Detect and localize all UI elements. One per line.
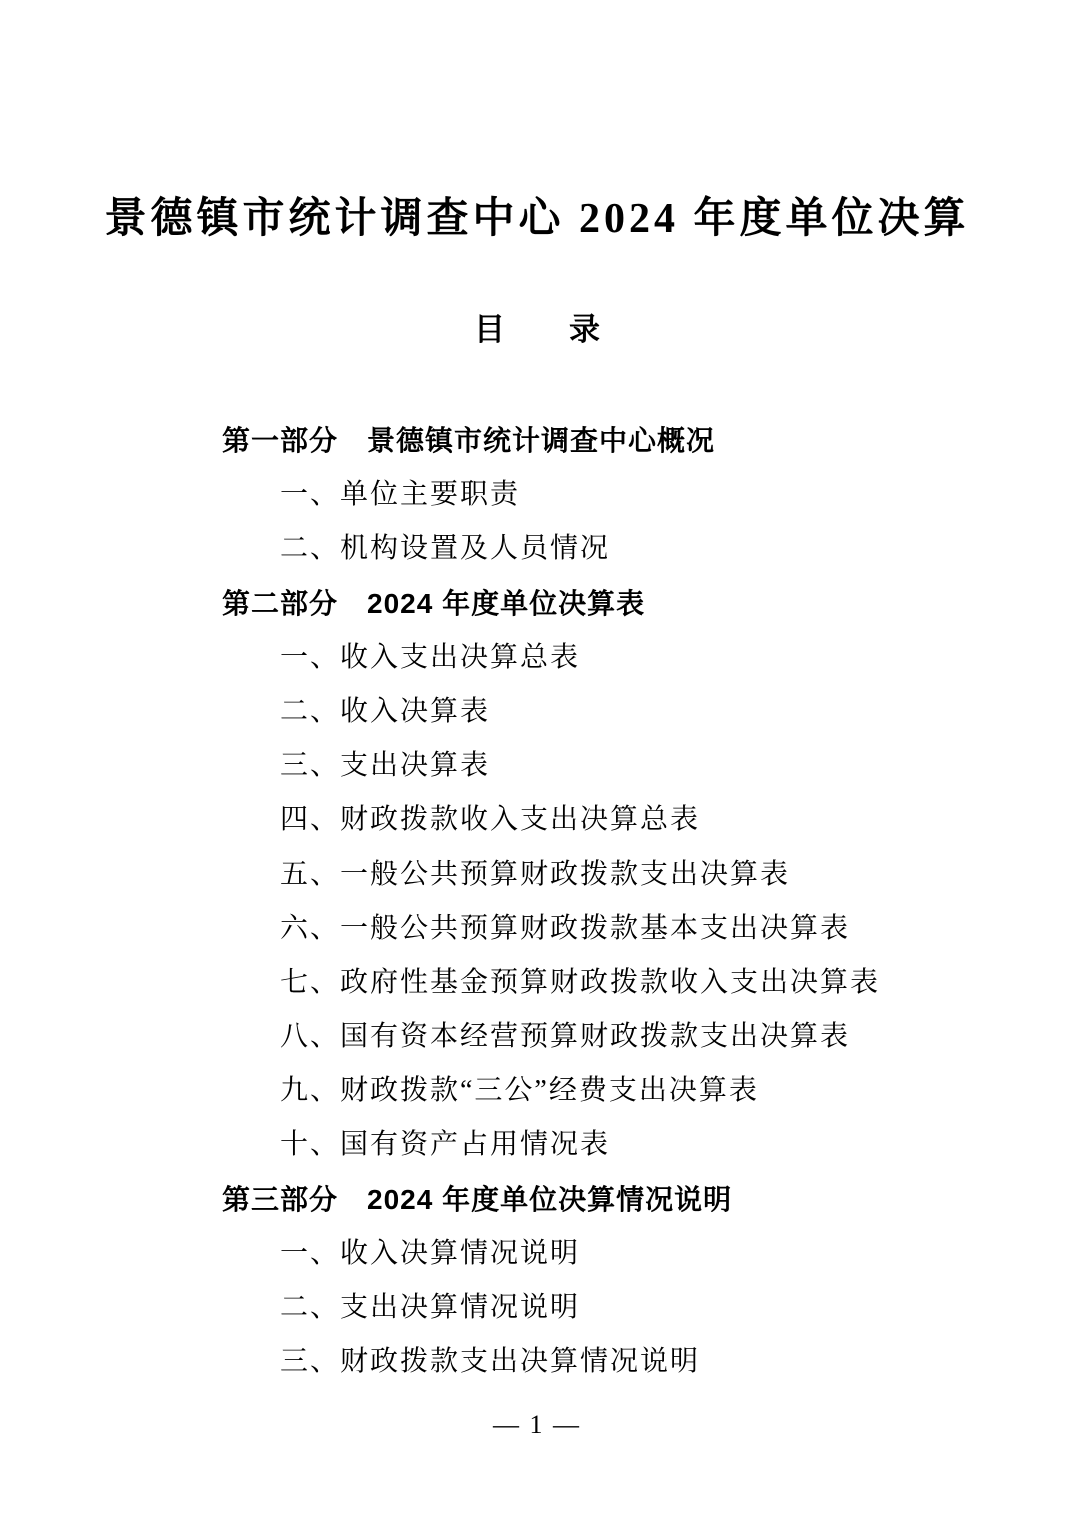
toc-item: 一、收入决算情况说明 bbox=[0, 1237, 1074, 1291]
toc-section-heading: 第一部分 景德镇市统计调查中心概况 bbox=[0, 424, 1074, 478]
toc-entry-text: 二、机构设置及人员情况 bbox=[280, 533, 610, 564]
toc-item: 八、国有资本经营预算财政拨款支出决算表 bbox=[0, 1020, 1074, 1074]
toc-item: 十、国有资产占用情况表 bbox=[0, 1128, 1074, 1182]
toc-entry-text: 第三部分 2024 年度单位决算情况说明 bbox=[222, 1184, 732, 1215]
toc-entry-text: 六、一般公共预算财政拨款基本支出决算表 bbox=[280, 913, 850, 944]
toc-item: 七、政府性基金预算财政拨款收入支出决算表 bbox=[0, 966, 1074, 1020]
page-number: — 1 — bbox=[0, 1410, 1074, 1440]
document-page: 景德镇市统计调查中心 2024 年度单位决算 目 录 第一部分 景德镇市统计调查… bbox=[0, 0, 1074, 1520]
toc-entry-text: 八、国有资本经营预算财政拨款支出决算表 bbox=[280, 1021, 850, 1052]
toc-item: 三、财政拨款支出决算情况说明 bbox=[0, 1345, 1074, 1399]
toc-heading-char-left: 目 bbox=[474, 304, 505, 349]
toc-entry-text: 一、收入决算情况说明 bbox=[280, 1238, 580, 1269]
toc-item: 九、财政拨款“三公”经费支出决算表 bbox=[0, 1074, 1074, 1128]
toc-entry-text: 七、政府性基金预算财政拨款收入支出决算表 bbox=[280, 967, 880, 998]
toc-entry-text: 一、收入支出决算总表 bbox=[280, 642, 580, 673]
toc-item: 五、一般公共预算财政拨款支出决算表 bbox=[0, 858, 1074, 912]
toc-entry-text: 三、支出决算表 bbox=[280, 750, 490, 781]
toc-entry-text: 九、财政拨款“三公”经费支出决算表 bbox=[280, 1075, 759, 1106]
toc-section-heading: 第三部分 2024 年度单位决算情况说明 bbox=[0, 1183, 1074, 1237]
toc-heading: 目 录 bbox=[0, 304, 1074, 349]
document-title: 景德镇市统计调查中心 2024 年度单位决算 bbox=[0, 185, 1074, 245]
toc-item: 二、支出决算情况说明 bbox=[0, 1291, 1074, 1345]
toc-entry-text: 一、单位主要职责 bbox=[280, 479, 520, 510]
toc-item: 六、一般公共预算财政拨款基本支出决算表 bbox=[0, 912, 1074, 966]
toc-list: 第一部分 景德镇市统计调查中心概况 一、单位主要职责 二、机构设置及人员情况 第… bbox=[0, 424, 1074, 1399]
toc-item: 四、财政拨款收入支出决算总表 bbox=[0, 803, 1074, 857]
toc-item: 一、收入支出决算总表 bbox=[0, 641, 1074, 695]
toc-entry-text: 二、支出决算情况说明 bbox=[280, 1292, 580, 1323]
toc-entry-text: 四、财政拨款收入支出决算总表 bbox=[280, 804, 700, 835]
toc-item: 二、收入决算表 bbox=[0, 695, 1074, 749]
toc-section-heading: 第二部分 2024 年度单位决算表 bbox=[0, 587, 1074, 641]
toc-heading-char-right: 录 bbox=[569, 304, 600, 349]
toc-entry-text: 第一部分 景德镇市统计调查中心概况 bbox=[222, 425, 715, 456]
toc-entry-text: 十、国有资产占用情况表 bbox=[280, 1129, 610, 1160]
toc-entry-text: 三、财政拨款支出决算情况说明 bbox=[280, 1346, 700, 1377]
toc-item: 一、单位主要职责 bbox=[0, 478, 1074, 532]
toc-entry-text: 五、一般公共预算财政拨款支出决算表 bbox=[280, 859, 790, 890]
toc-entry-text: 二、收入决算表 bbox=[280, 696, 490, 727]
toc-entry-text: 第二部分 2024 年度单位决算表 bbox=[222, 588, 645, 619]
toc-item: 三、支出决算表 bbox=[0, 749, 1074, 803]
toc-item: 二、机构设置及人员情况 bbox=[0, 532, 1074, 586]
